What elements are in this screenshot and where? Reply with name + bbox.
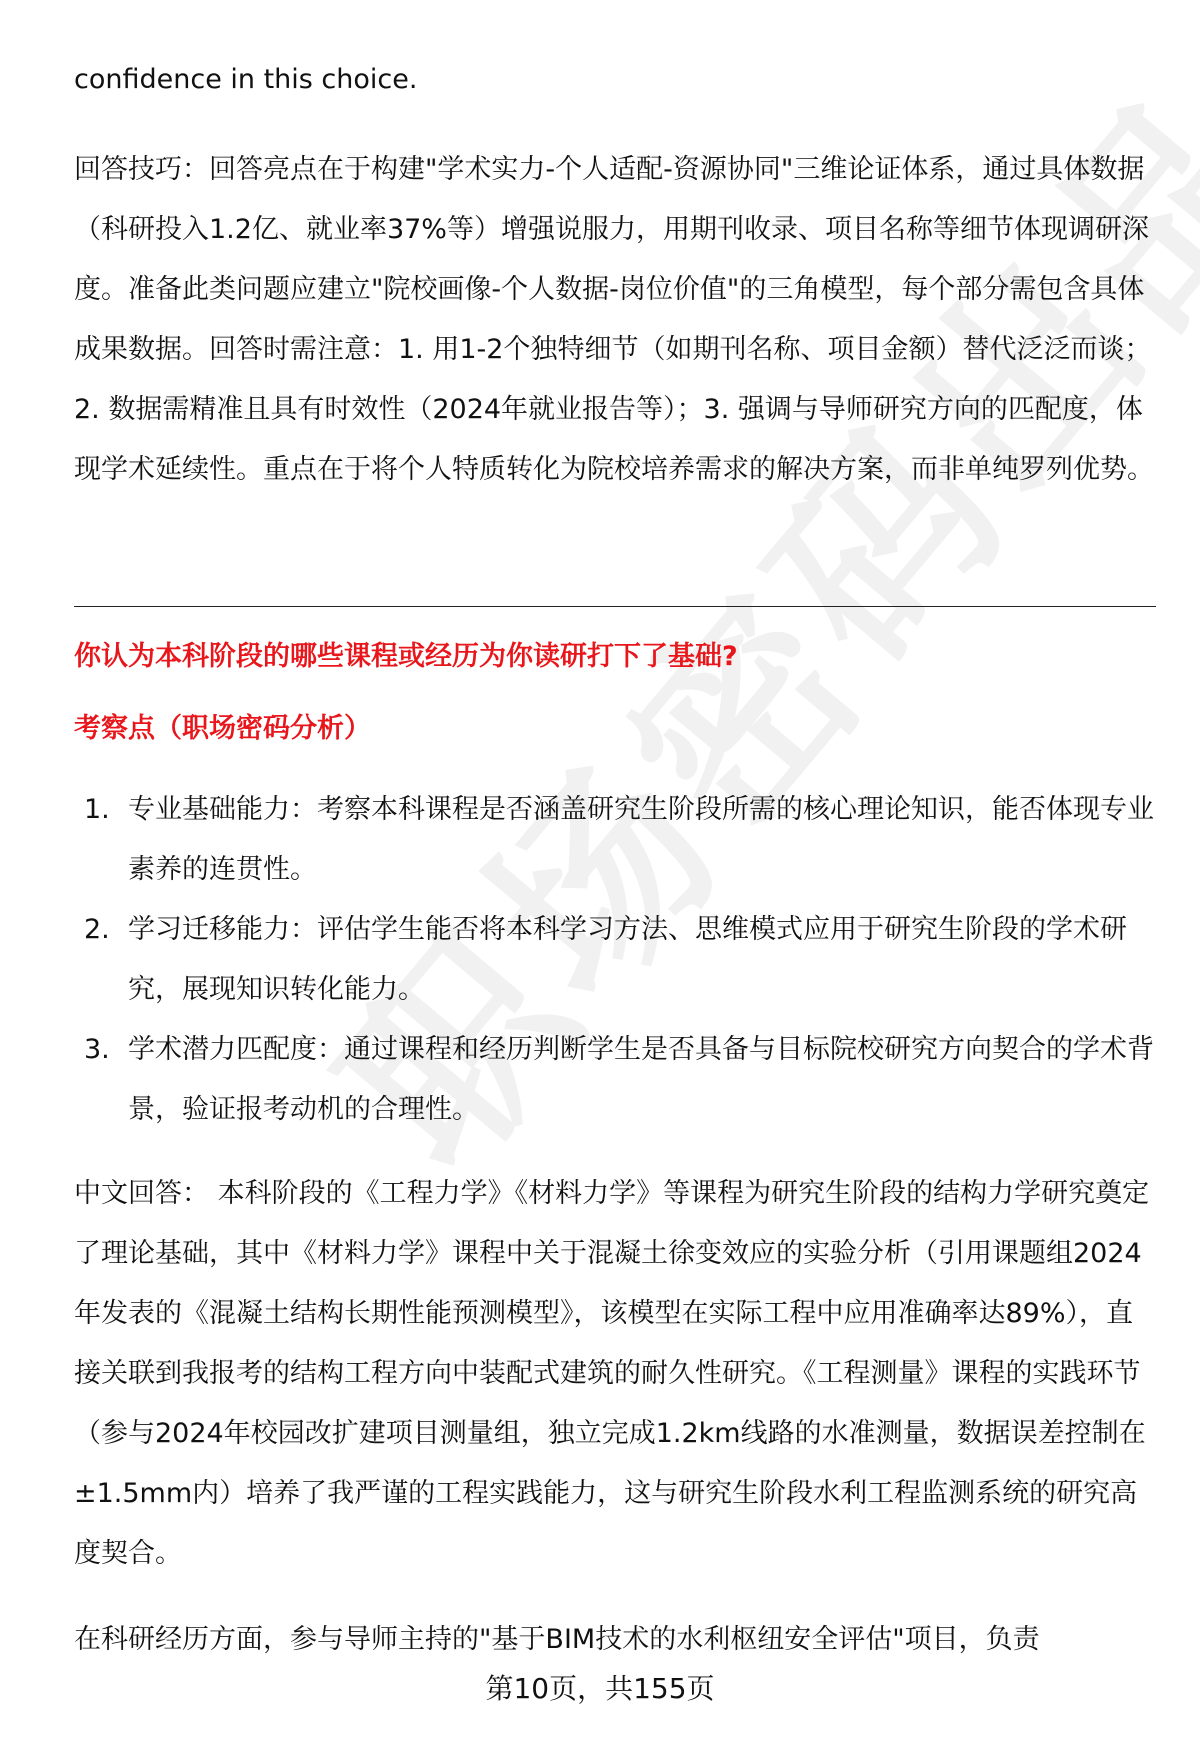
list-item-text: 学术潜力匹配度：通过课程和经历判断学生是否具备与目标院校研究方向契合的学术背景，…	[128, 1034, 1154, 1125]
section-divider	[74, 606, 1156, 607]
chinese-answer-paragraph: 中文回答： 本科阶段的《工程力学》《材料力学》等课程为研究生阶段的结构力学研究奠…	[74, 1164, 1154, 1584]
list-item-number: 3.	[84, 1020, 110, 1080]
list-item-text: 学习迁移能力：评估学生能否将本科学习方法、思维模式应用于研究生阶段的学术研究，展…	[128, 914, 1127, 1005]
continuation-text: confidence in this choice.	[74, 50, 417, 110]
interview-question-heading: 你认为本科阶段的哪些课程或经历为你读研打下了基础?	[74, 632, 738, 682]
page-indicator: 第10页，共155页	[0, 1664, 1200, 1714]
assessment-points-heading: 考察点（职场密码分析）	[74, 704, 371, 754]
answer-tips-paragraph: 回答技巧：回答亮点在于构建"学术实力-个人适配-资源协同"三维论证体系，通过具体…	[74, 140, 1154, 500]
assessment-points-list: 1. 专业基础能力：考察本科课程是否涵盖研究生阶段所需的核心理论知识，能否体现专…	[74, 780, 1154, 1140]
list-item-text: 专业基础能力：考察本科课程是否涵盖研究生阶段所需的核心理论知识，能否体现专业素养…	[128, 794, 1154, 885]
list-item: 3. 学术潜力匹配度：通过课程和经历判断学生是否具备与目标院校研究方向契合的学术…	[74, 1020, 1154, 1140]
research-experience-paragraph: 在科研经历方面，参与导师主持的"基于BIM技术的水利枢纽安全评估"项目，负责	[74, 1610, 1154, 1670]
list-item: 2. 学习迁移能力：评估学生能否将本科学习方法、思维模式应用于研究生阶段的学术研…	[74, 900, 1154, 1020]
list-item-number: 2.	[84, 900, 110, 960]
list-item: 1. 专业基础能力：考察本科课程是否涵盖研究生阶段所需的核心理论知识，能否体现专…	[74, 780, 1154, 900]
list-item-number: 1.	[84, 780, 110, 840]
